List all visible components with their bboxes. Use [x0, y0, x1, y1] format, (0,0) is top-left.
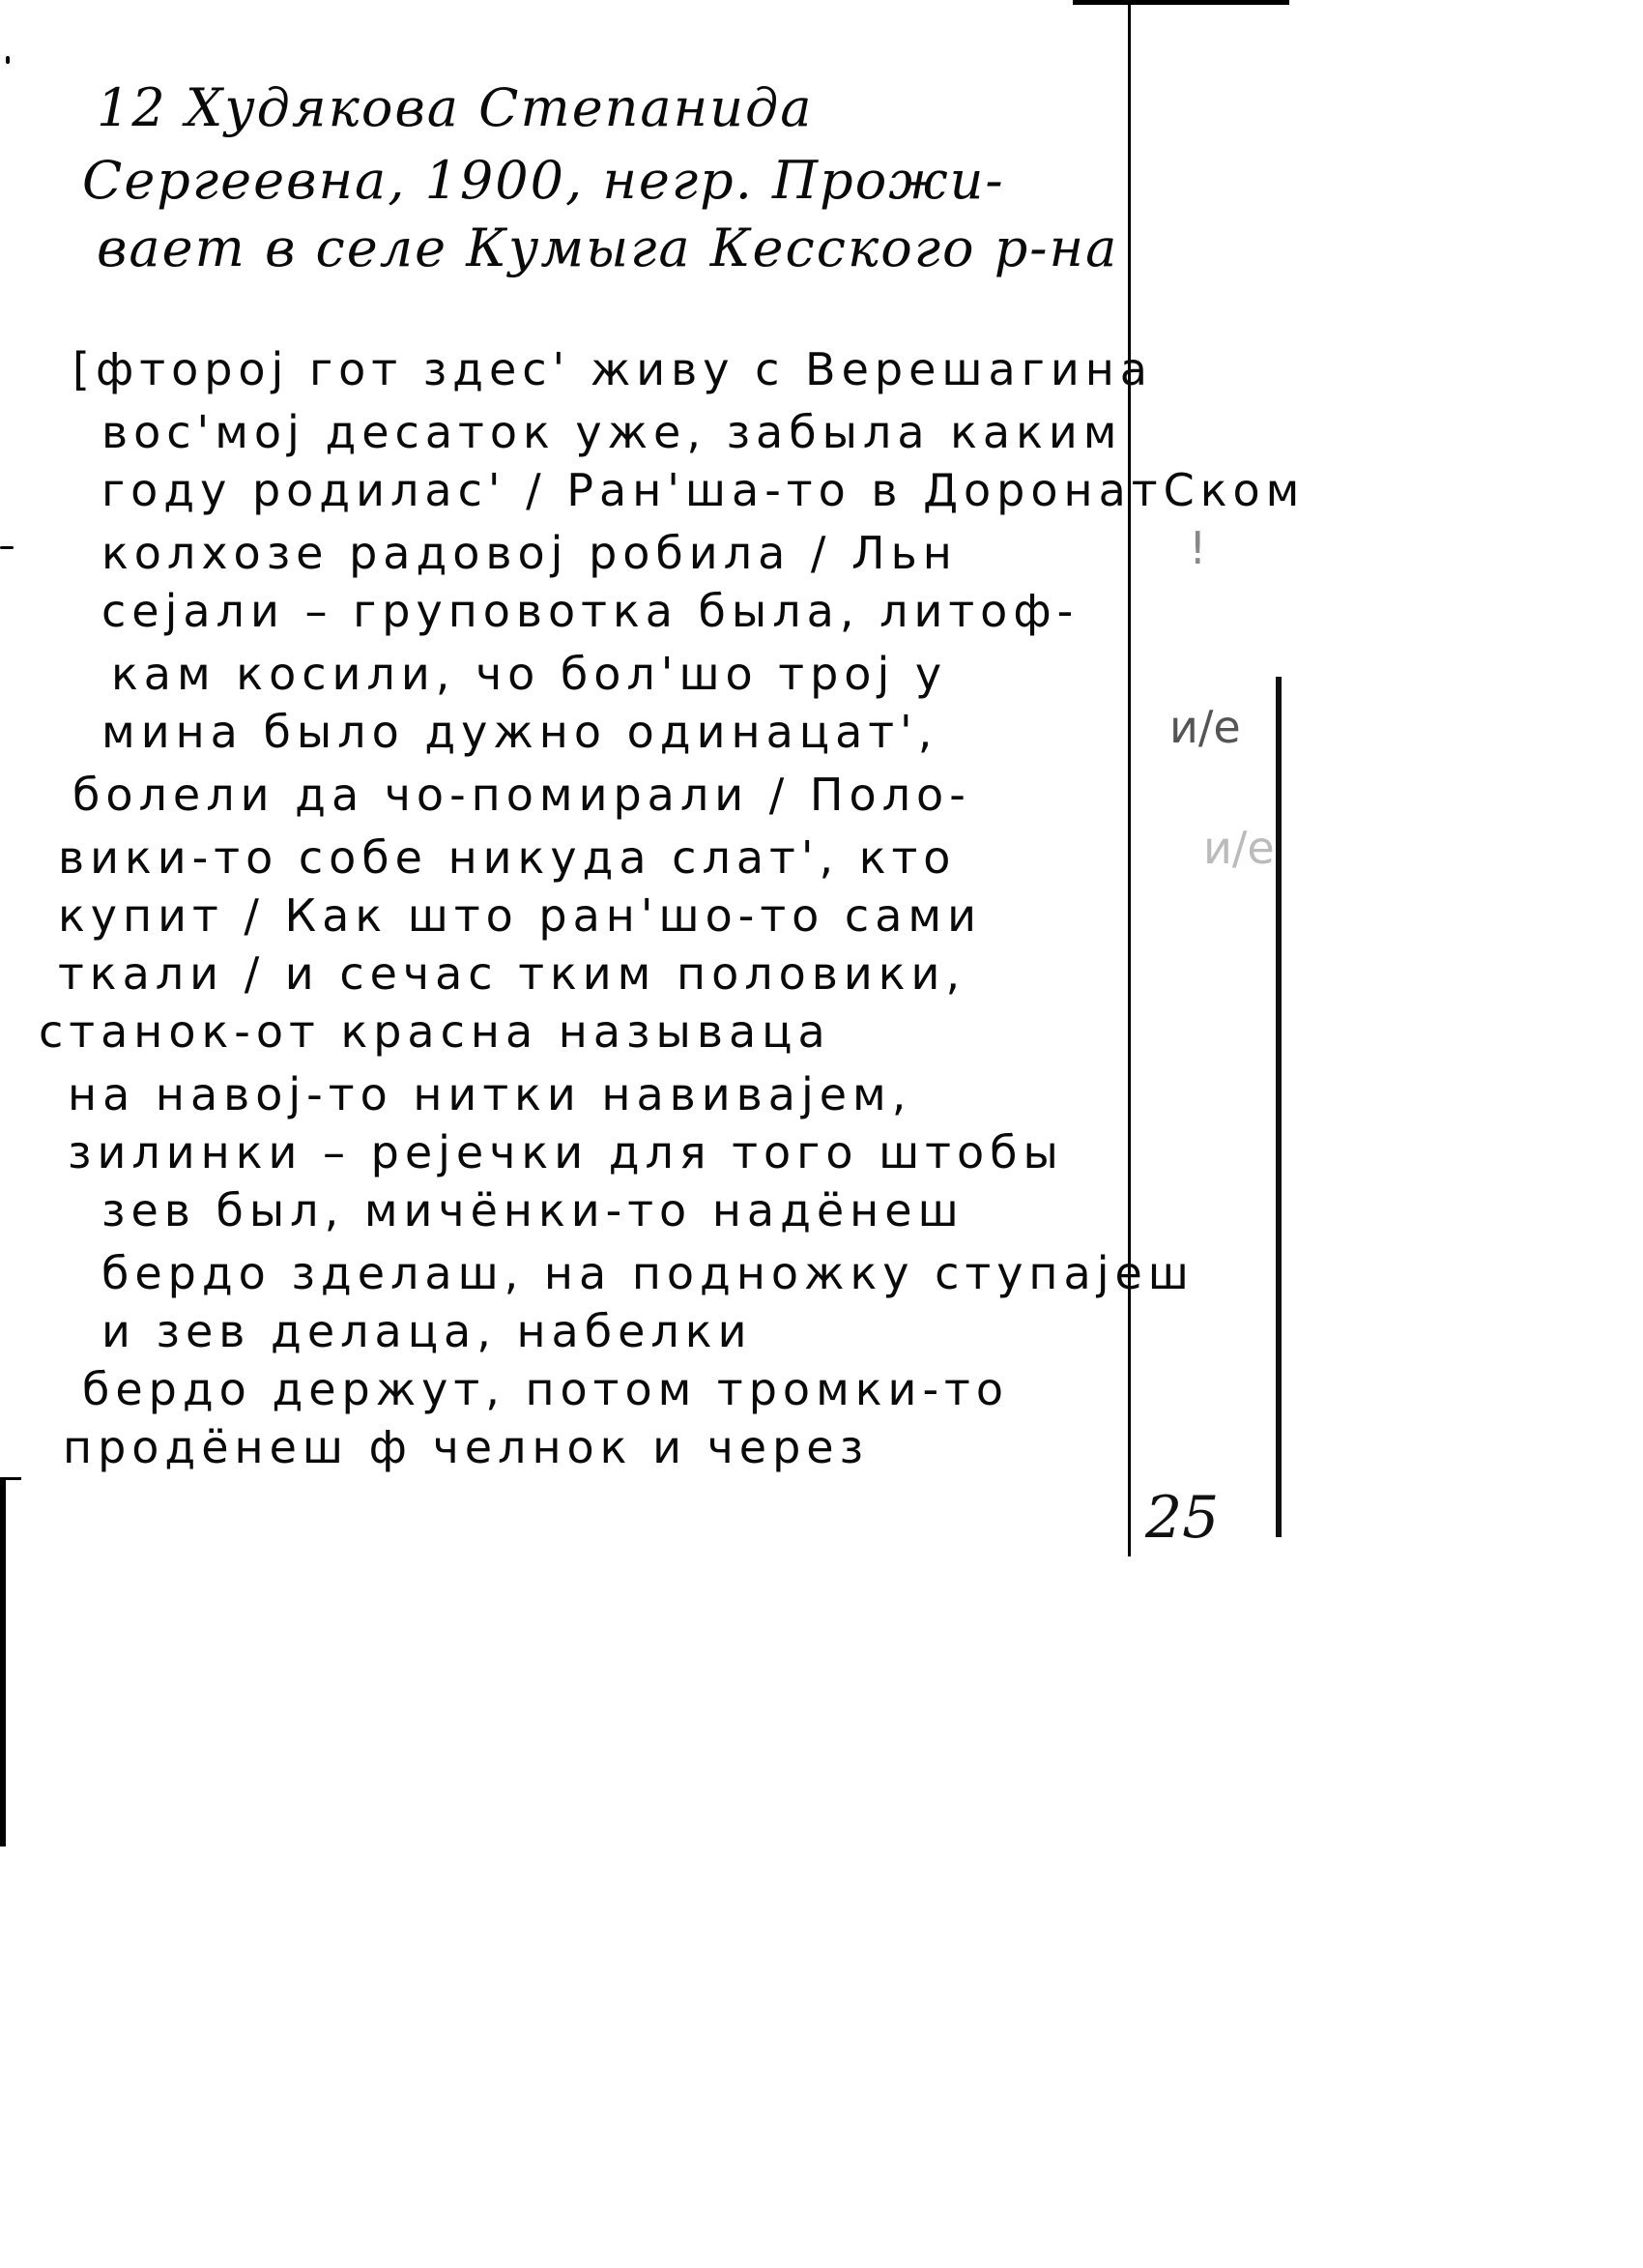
body-line-18: бердо держут, потом тромки-то [82, 1363, 1009, 1415]
top-border-mark [1073, 0, 1289, 5]
header-line-2: Сергеевна, 1900, негр. Прожи- [82, 150, 1005, 211]
body-line-14: зилинки – реjечки для того штобы [68, 1126, 1064, 1178]
body-line-5: сејали – груповотка была, литоф- [101, 585, 1079, 637]
margin-rule-line [1128, 0, 1131, 1556]
margin-note-ie-faint: и/е [1203, 822, 1275, 874]
body-line-4: колхозе радовој робила / Льн [101, 527, 958, 579]
scan-speck [6, 56, 10, 64]
body-line-13: на навој-то нитки навивајем, [68, 1068, 911, 1120]
header-line-1: 12 Худякова Степанида [97, 77, 813, 138]
body-line-11: ткали / и сечас тким половики, [58, 947, 966, 1000]
scan-speck [0, 546, 14, 549]
margin-note-exclamation: ! [1189, 522, 1206, 574]
body-line-19: продёнеш ф челнок и через [63, 1421, 869, 1473]
right-scan-edge [1276, 677, 1282, 1537]
body-line-1: [фторој гот здес' живу с Верешагина [72, 343, 1153, 395]
left-scan-edge-tick [0, 1477, 21, 1480]
body-line-3: году родилас' / Ран'ша-то в ДоронатСком [101, 464, 1305, 516]
body-line-17: и зев делаца, набелки [101, 1305, 752, 1357]
body-line-9: вики-то собе никуда слат', кто [58, 831, 956, 884]
scanned-page: 12 Худякова Степанида Сергеевна, 1900, н… [0, 0, 1643, 2268]
body-line-10: купит / Как што ран'шо-то сами [58, 889, 982, 942]
body-line-12: станок-от красна называца [39, 1005, 831, 1058]
body-line-16: бердо зделаш, на подножку ступајеш [101, 1247, 1195, 1299]
body-line-15: зев был, мичёнки-то надёнеш [101, 1184, 965, 1236]
header-line-3: вает в селе Кумыга Кесского р-на [97, 218, 1118, 278]
body-line-7: мина было дужно одинацат', [101, 706, 937, 758]
body-line-6: кам косили, чо бол'шо трој у [111, 648, 947, 700]
body-line-2: вос'мој десаток уже, забыла каким [101, 406, 1122, 458]
body-line-8: болели да чо-помирали / Поло- [72, 769, 971, 821]
left-scan-edge [0, 1477, 6, 1846]
margin-note-ie: и/е [1169, 701, 1241, 753]
page-number: 25 [1145, 1484, 1219, 1552]
